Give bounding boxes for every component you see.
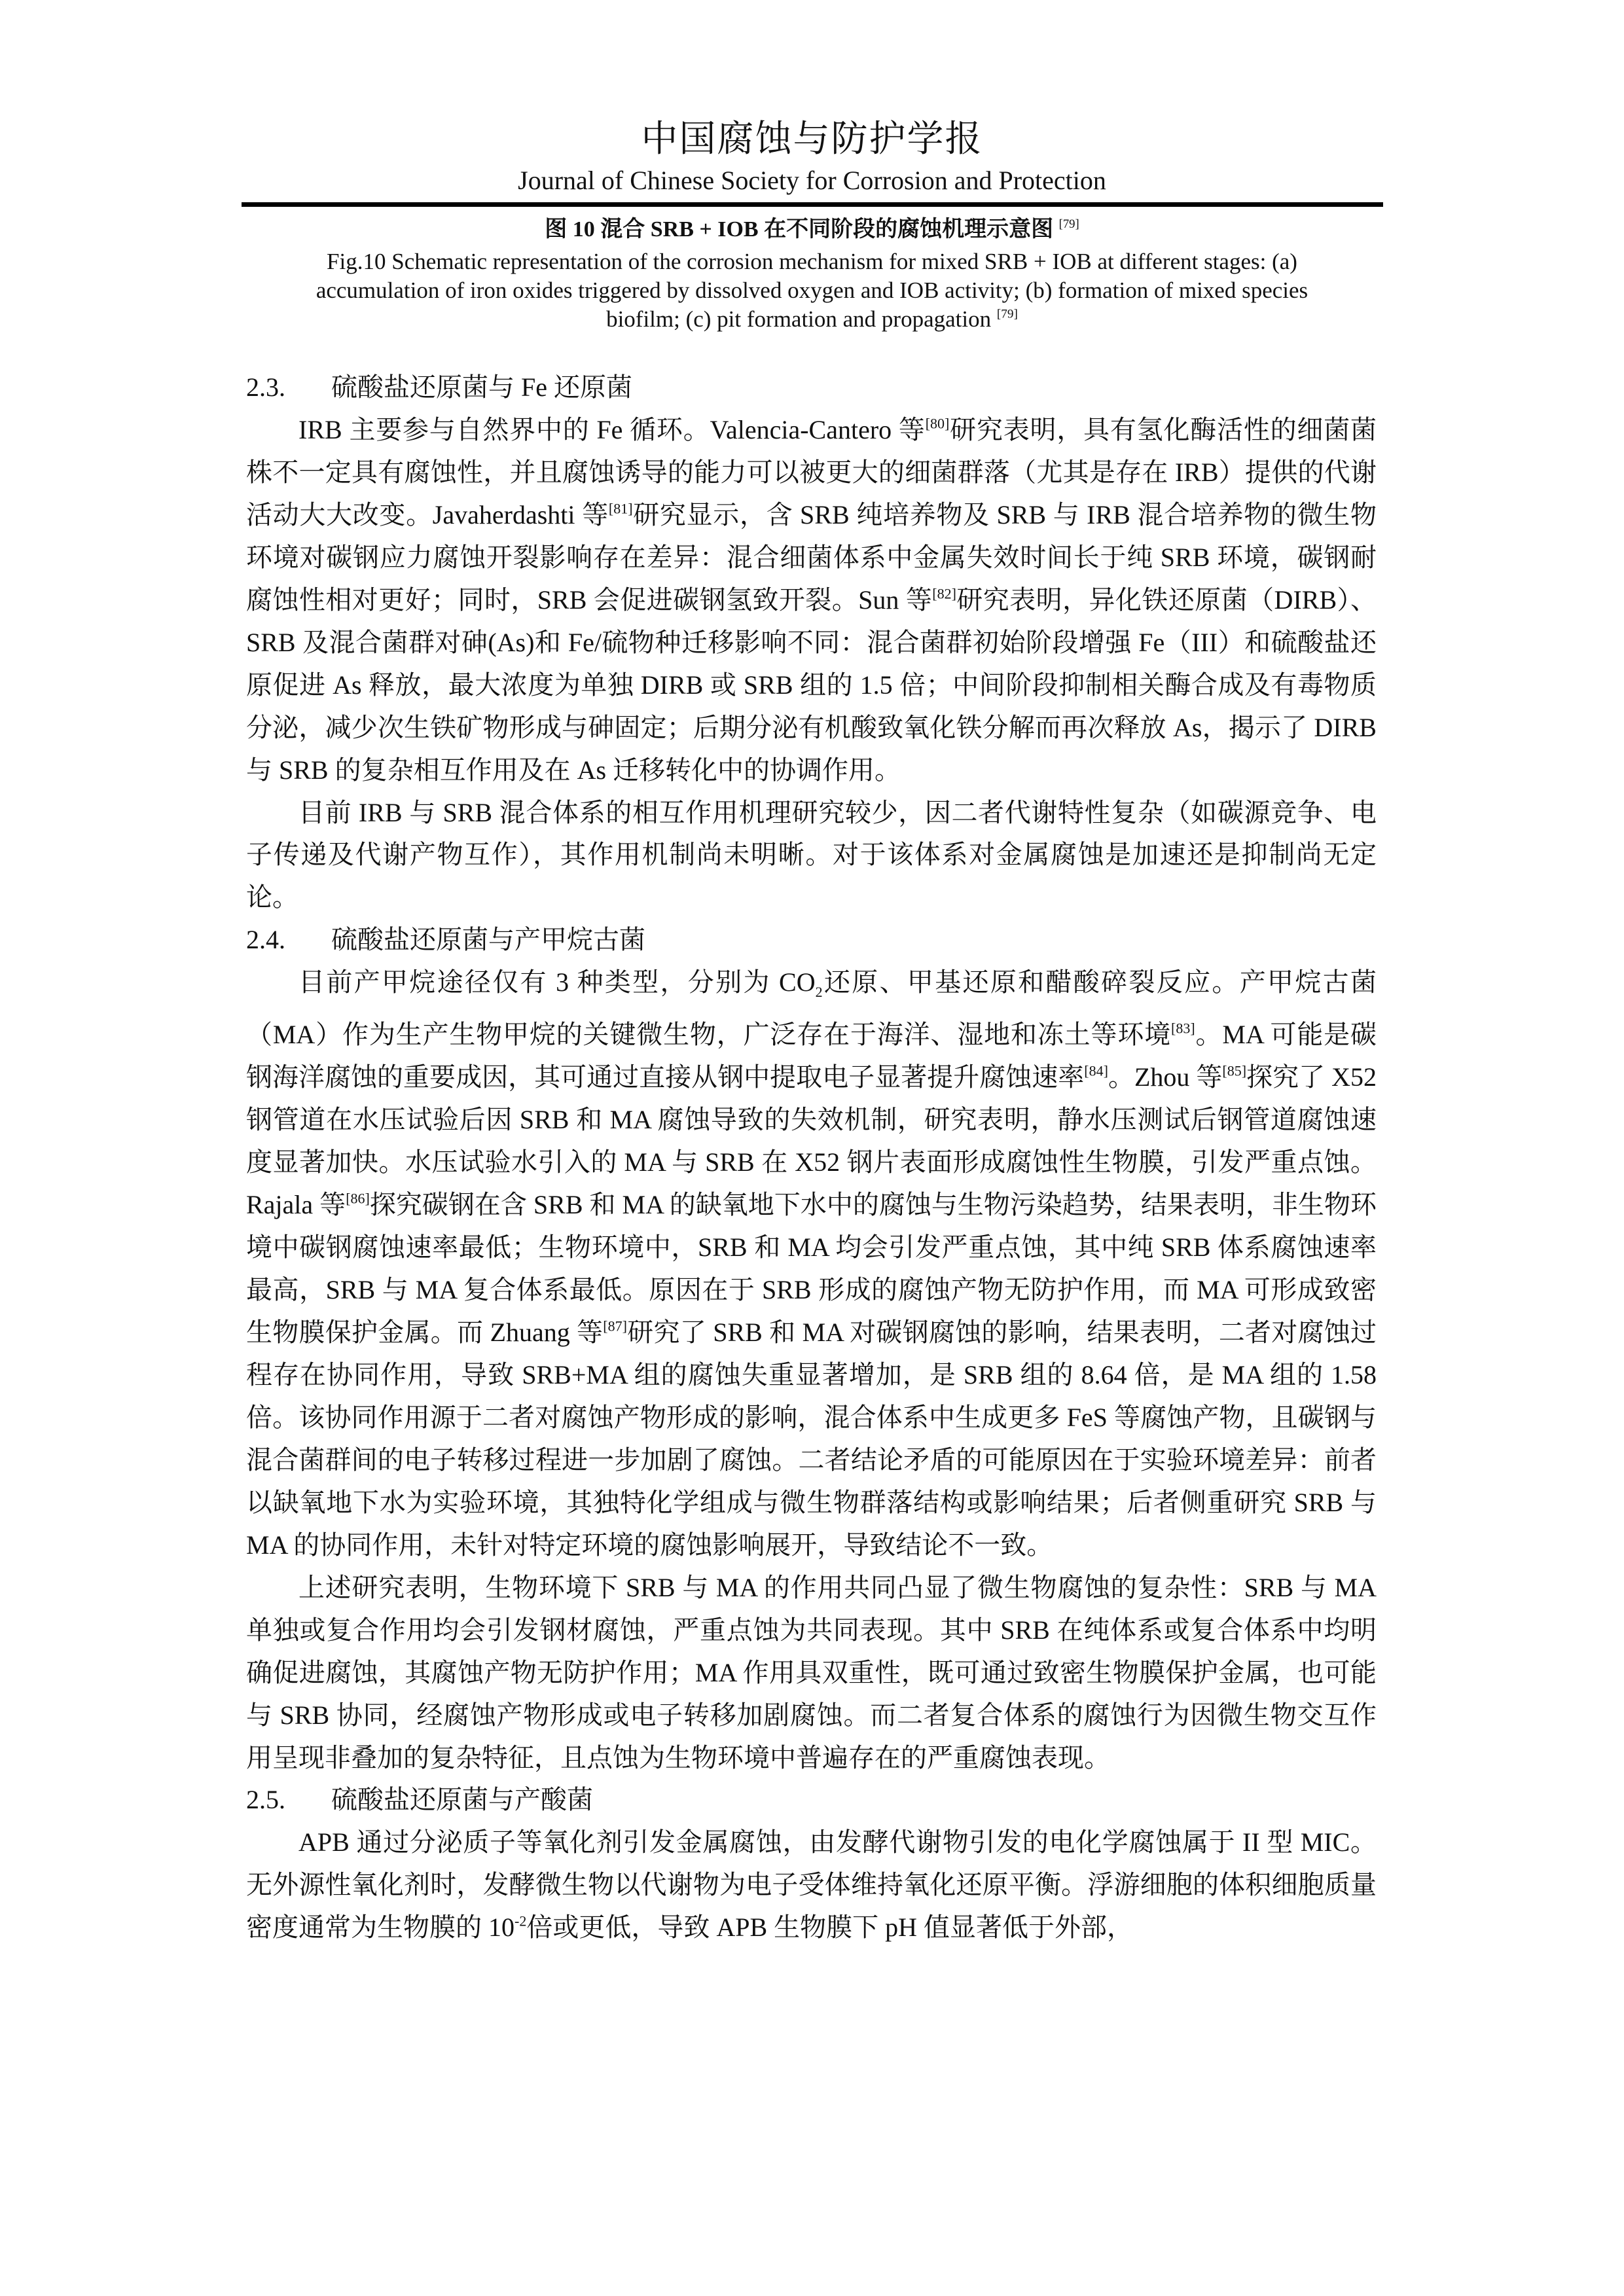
citation-ref: [82] [932,585,956,601]
body-paragraph: 目前 IRB 与 SRB 混合体系的相互作用机理研究较少，因二者代谢特性复杂（如… [246,792,1377,920]
text-run: 倍或更低，导致 APB 生物膜下 pH 值显著低于外部， [526,1912,1133,1942]
subscript: 2 [816,984,823,1000]
citation-ref: [79] [1059,217,1079,231]
article-body: 2.3.硫酸盐还原菌与 Fe 还原菌IRB 主要参与自然界中的 Fe 循环。Va… [246,367,1377,1949]
citation-ref: [80] [926,416,950,432]
journal-title-en: Journal of Chinese Society for Corrosion… [0,164,1624,198]
figure-caption-en-text: Fig.10 Schematic representation of the c… [316,249,1308,332]
body-paragraph: 目前产甲烷途径仅有 3 种类型，分别为 CO2还原、甲基还原和醋酸碎裂反应。产甲… [246,961,1377,1566]
text-run: 研究表明，异化铁还原菌（DIRB）、SRB 及混合菌群对砷(As)和 Fe/硫物… [246,585,1377,785]
citation-ref: [81] [609,500,633,516]
text-run: 目前 IRB 与 SRB 混合体系的相互作用机理研究较少，因二者代谢特性复杂（如… [246,798,1377,912]
section-number: 2.4. [246,919,331,961]
section-heading: 2.3.硫酸盐还原菌与 Fe 还原菌 [246,367,1377,409]
section-title: 硫酸盐还原菌与产甲烷古菌 [331,925,645,954]
header-divider [242,202,1383,207]
section-number: 2.3. [246,367,331,409]
section-heading: 2.4.硫酸盐还原菌与产甲烷古菌 [246,919,1377,961]
citation-ref: -2 [514,1913,526,1929]
text-run: 。Zhou 等 [1108,1062,1222,1092]
citation-ref: [86] [346,1191,370,1207]
body-paragraph: 上述研究表明，生物环境下 SRB 与 MA 的作用共同凸显了微生物腐蚀的复杂性：… [246,1567,1377,1780]
section-title: 硫酸盐还原菌与 Fe 还原菌 [331,372,632,402]
citation-ref: [87] [603,1318,627,1335]
figure-caption-en: Fig.10 Schematic representation of the c… [281,247,1343,334]
section-number: 2.5. [246,1779,331,1821]
body-paragraph: APB 通过分泌质子等氧化剂引发金属腐蚀，由发酵代谢物引发的电化学腐蚀属于 II… [246,1821,1377,1949]
section-heading: 2.5.硫酸盐还原菌与产酸菌 [246,1779,1377,1821]
section-title: 硫酸盐还原菌与产酸菌 [331,1785,593,1814]
citation-ref: [83] [1171,1020,1195,1037]
text-run: 研究了 SRB 和 MA 对碳钢腐蚀的影响，结果表明，二者对腐蚀过程存在协同作用… [246,1318,1377,1560]
citation-ref: [79] [997,308,1018,321]
figure-caption-cn-text: 图 10 混合 SRB + IOB 在不同阶段的腐蚀机理示意图 [545,217,1058,242]
journal-title-cn: 中国腐蚀与防护学报 [0,117,1624,162]
figure-caption-cn: 图 10 混合 SRB + IOB 在不同阶段的腐蚀机理示意图 [79] [0,213,1624,246]
text-run: 目前产甲烷途径仅有 3 种类型，分别为 CO [298,967,816,997]
text-run: IRB 主要参与自然界中的 Fe 循环。Valencia-Cantero 等 [298,415,926,444]
citation-ref: [84] [1084,1063,1108,1079]
text-run: 上述研究表明，生物环境下 SRB 与 MA 的作用共同凸显了微生物腐蚀的复杂性：… [246,1573,1377,1772]
body-paragraph: IRB 主要参与自然界中的 Fe 循环。Valencia-Cantero 等[8… [246,409,1377,792]
citation-ref: [85] [1222,1063,1246,1079]
